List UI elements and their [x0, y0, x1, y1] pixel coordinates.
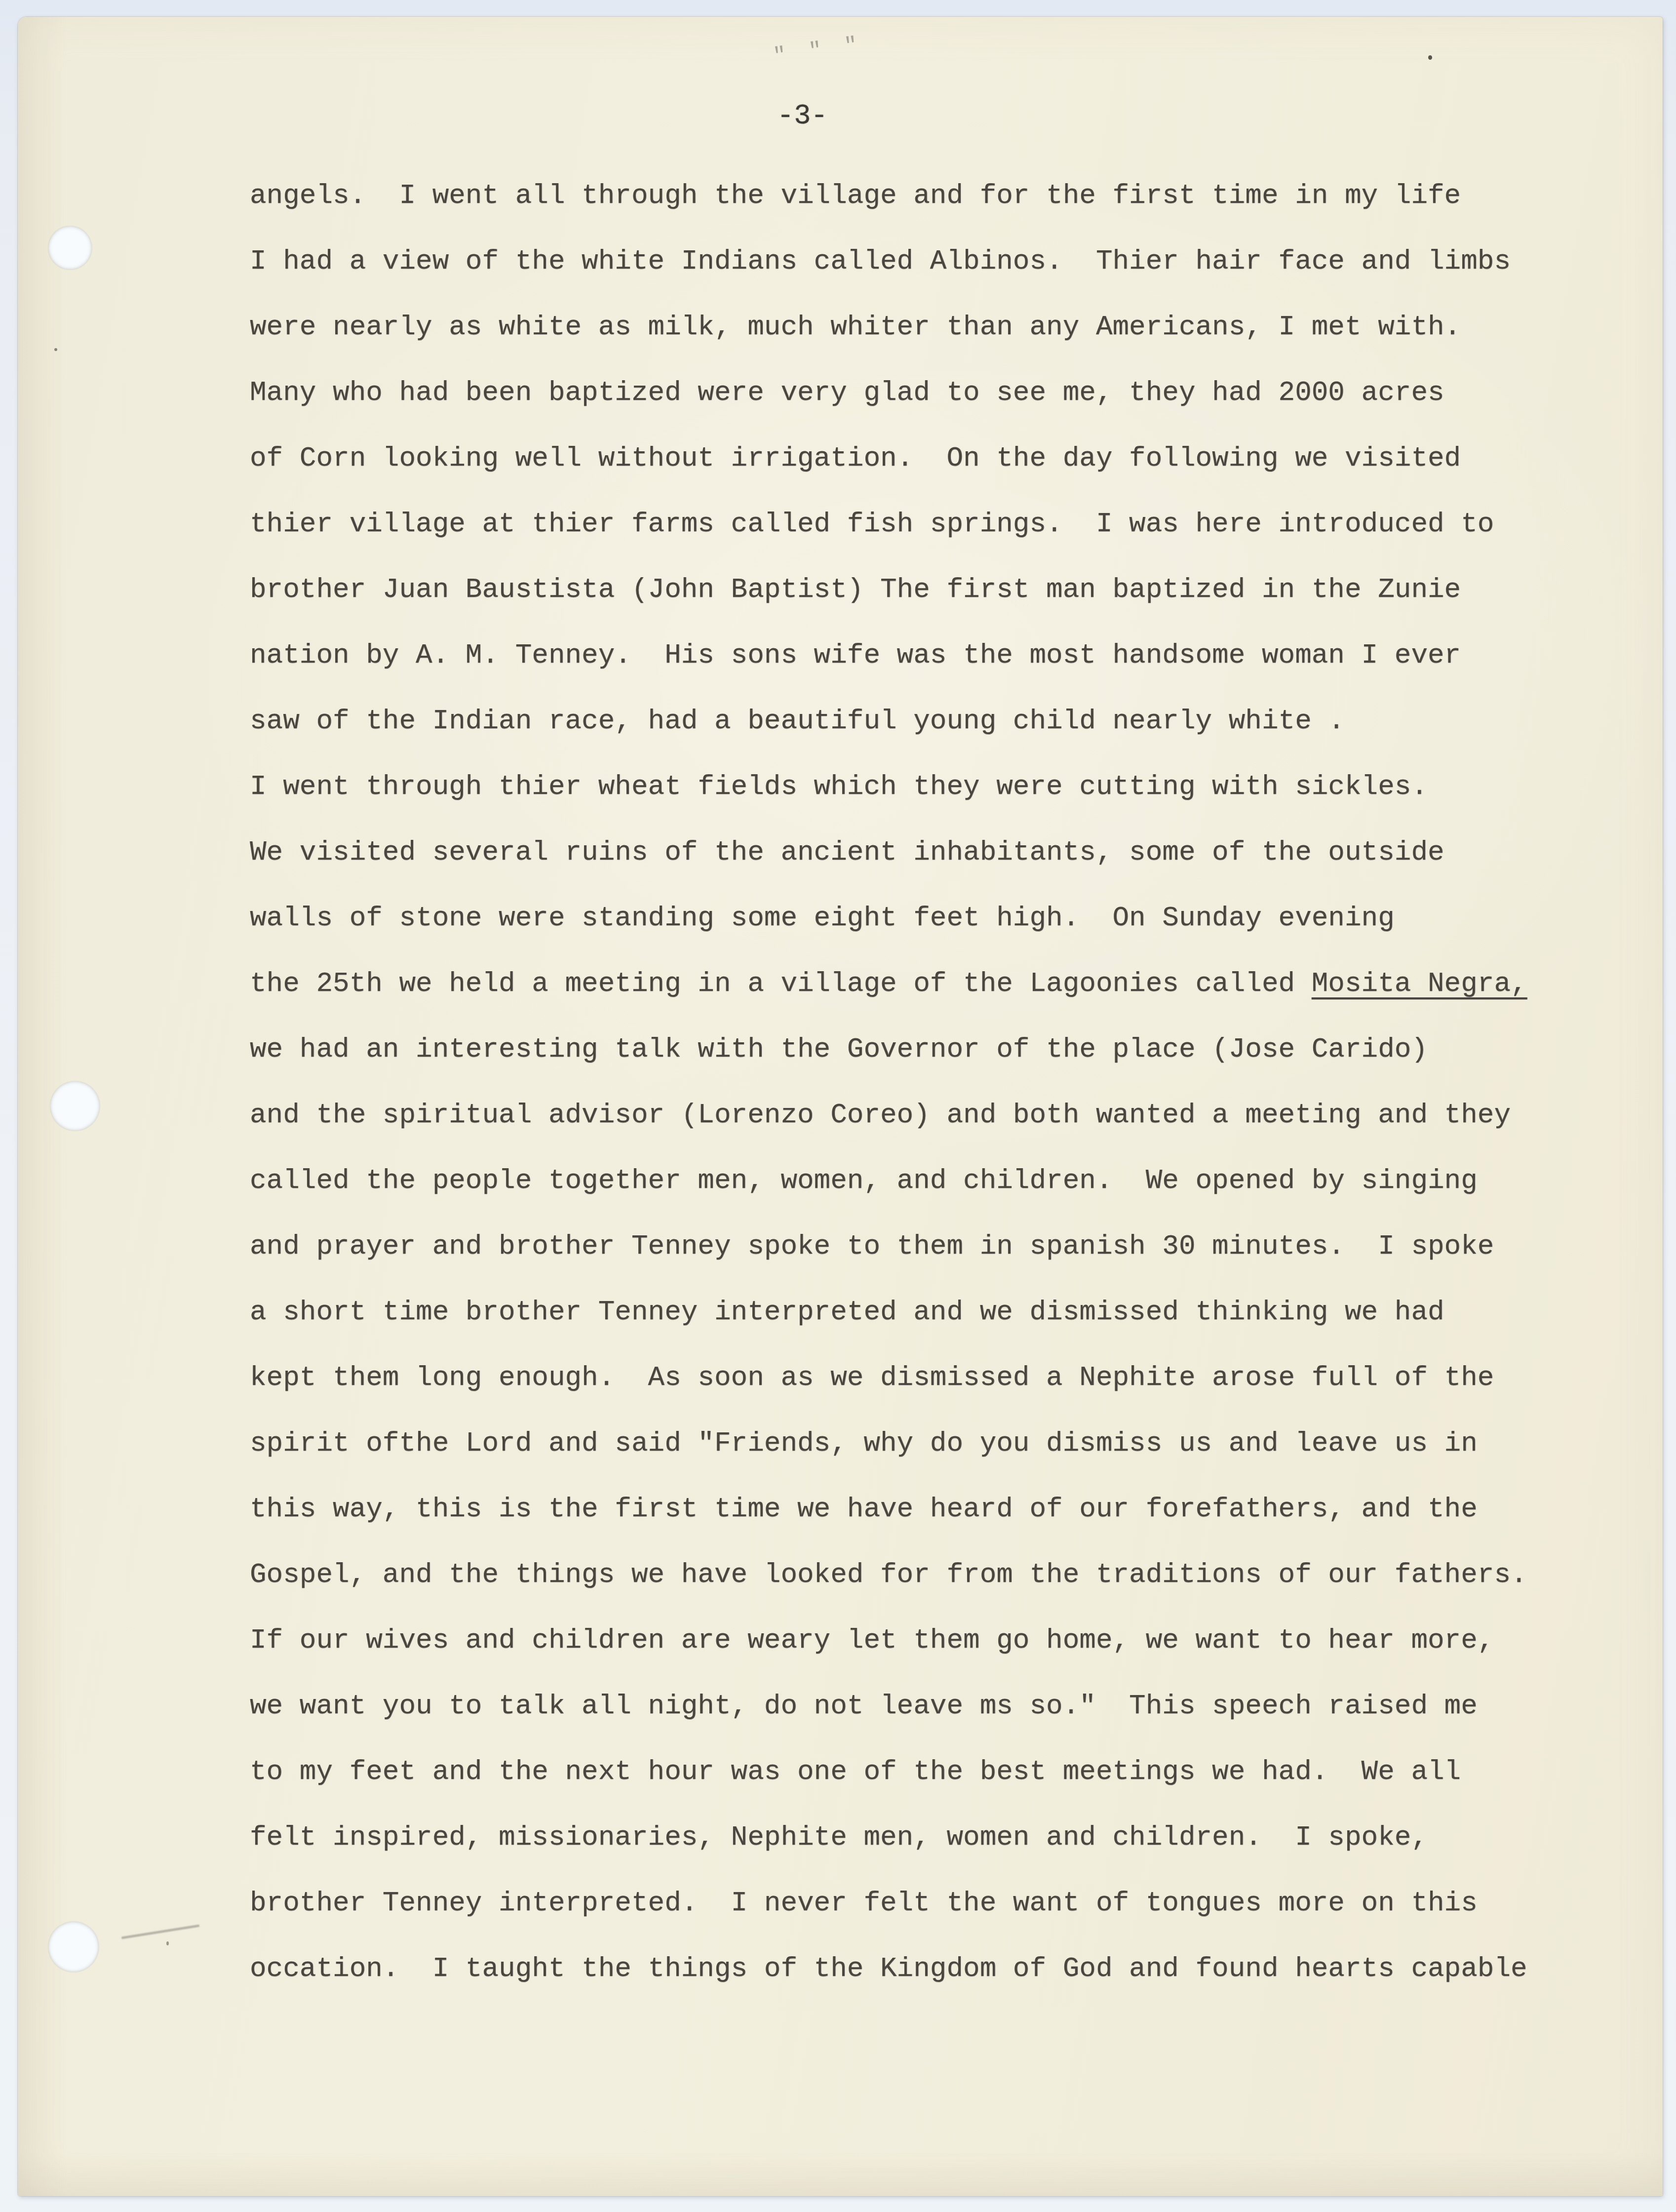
typed-line: occation. I taught the things of the Kin…: [250, 1936, 1563, 2002]
punch-hole-bottom: [48, 1922, 99, 1972]
typed-line: saw of the Indian race, had a beautiful …: [250, 688, 1563, 754]
typed-text: walls of stone were standing some eight …: [250, 902, 1395, 934]
typed-line: angels. I went all through the village a…: [250, 163, 1563, 229]
typed-line: thier village at thier farms called fish…: [250, 491, 1563, 557]
typed-line: a short time brother Tenney interpreted …: [250, 1279, 1563, 1345]
typed-line: brother Juan Baustista (John Baptist) Th…: [250, 557, 1563, 623]
typed-text: occation. I taught the things of the Kin…: [250, 1953, 1527, 1984]
typed-text: called the people together men, women, a…: [250, 1165, 1478, 1196]
scanner-background: " " " -3- angels. I went all through the…: [0, 0, 1676, 2212]
typed-line: Gospel, and the things we have looked fo…: [250, 1542, 1563, 1608]
typed-line: and prayer and brother Tenney spoke to t…: [250, 1214, 1563, 1279]
typed-line: called the people together men, women, a…: [250, 1148, 1563, 1214]
typed-line: I had a view of the white Indians called…: [250, 229, 1563, 294]
typed-text: were nearly as white as milk, much white…: [250, 311, 1461, 343]
typed-text: we had an interesting talk with the Gove…: [250, 1033, 1428, 1065]
typed-text: Many who had been baptized were very gla…: [250, 377, 1444, 408]
typed-text: I went through thier wheat fields which …: [250, 771, 1428, 802]
typed-text: a short time brother Tenney interpreted …: [250, 1296, 1444, 1328]
typed-text: kept them long enough. As soon as we dis…: [250, 1362, 1494, 1393]
ink-speck: [166, 1941, 169, 1945]
ink-speck: [1428, 55, 1432, 60]
ink-speck: [54, 348, 57, 351]
pencil-smudge: [121, 1925, 200, 1939]
typed-line: I went through thier wheat fields which …: [250, 754, 1563, 820]
typed-text: this way, this is the first time we have…: [250, 1493, 1478, 1525]
typed-line: we want you to talk all night, do not le…: [250, 1673, 1563, 1739]
typed-line: this way, this is the first time we have…: [250, 1476, 1563, 1542]
typed-text: Gospel, and the things we have looked fo…: [250, 1559, 1527, 1590]
typed-line: and the spiritual advisor (Lorenzo Coreo…: [250, 1082, 1563, 1148]
typed-line: nation by A. M. Tenney. His sons wife wa…: [250, 623, 1563, 688]
typed-text: spirit ofthe Lord and said "Friends, why…: [250, 1427, 1478, 1459]
typed-line: If our wives and children are weary let …: [250, 1608, 1563, 1673]
typed-text: brother Juan Baustista (John Baptist) Th…: [250, 574, 1461, 605]
typed-line: spirit ofthe Lord and said "Friends, why…: [250, 1411, 1563, 1476]
typed-line: to my feet and the next hour was one of …: [250, 1739, 1563, 1805]
typed-line: walls of stone were standing some eight …: [250, 885, 1563, 951]
document-page: " " " -3- angels. I went all through the…: [18, 17, 1663, 2196]
typed-text: angels. I went all through the village a…: [250, 180, 1461, 211]
typed-text: I had a view of the white Indians called…: [250, 245, 1511, 277]
typed-text: felt inspired, missionaries, Nephite men…: [250, 1821, 1428, 1853]
typed-text: and the spiritual advisor (Lorenzo Coreo…: [250, 1099, 1511, 1131]
typed-line: We visited several ruins of the ancient …: [250, 820, 1563, 885]
typed-text: nation by A. M. Tenney. His sons wife wa…: [250, 639, 1461, 671]
typed-text: we want you to talk all night, do not le…: [250, 1690, 1478, 1722]
typed-text: thier village at thier farms called fish…: [250, 508, 1494, 540]
typed-text: brother Tenney interpreted. I never felt…: [250, 1887, 1478, 1919]
typed-text: and prayer and brother Tenney spoke to t…: [250, 1230, 1494, 1262]
typed-text: saw of the Indian race, had a beautiful …: [250, 705, 1345, 737]
typed-text: the 25th we held a meeting in a village …: [250, 968, 1312, 999]
typed-text: If our wives and children are weary let …: [250, 1624, 1494, 1656]
typed-line: felt inspired, missionaries, Nephite men…: [250, 1805, 1563, 1870]
typed-line: were nearly as white as milk, much white…: [250, 294, 1563, 360]
typed-line: kept them long enough. As soon as we dis…: [250, 1345, 1563, 1411]
typed-line: Many who had been baptized were very gla…: [250, 360, 1563, 426]
page-number: -3-: [777, 102, 828, 131]
typed-text: to my feet and the next hour was one of …: [250, 1756, 1461, 1787]
underlined-text: Mosita Negra,: [1312, 968, 1527, 999]
typed-line: brother Tenney interpreted. I never felt…: [250, 1870, 1563, 1936]
typed-line: we had an interesting talk with the Gove…: [250, 1017, 1563, 1082]
typed-text-block: angels. I went all through the village a…: [250, 163, 1563, 2002]
typed-line: of Corn looking well without irrigation.…: [250, 426, 1563, 491]
typed-line: the 25th we held a meeting in a village …: [250, 951, 1563, 1017]
typed-text: of Corn looking well without irrigation.…: [250, 442, 1461, 474]
punch-hole-top: [48, 226, 92, 270]
faint-ditto-mark: " " ": [772, 33, 864, 70]
typed-text: We visited several ruins of the ancient …: [250, 836, 1444, 868]
punch-hole-middle: [50, 1081, 100, 1131]
